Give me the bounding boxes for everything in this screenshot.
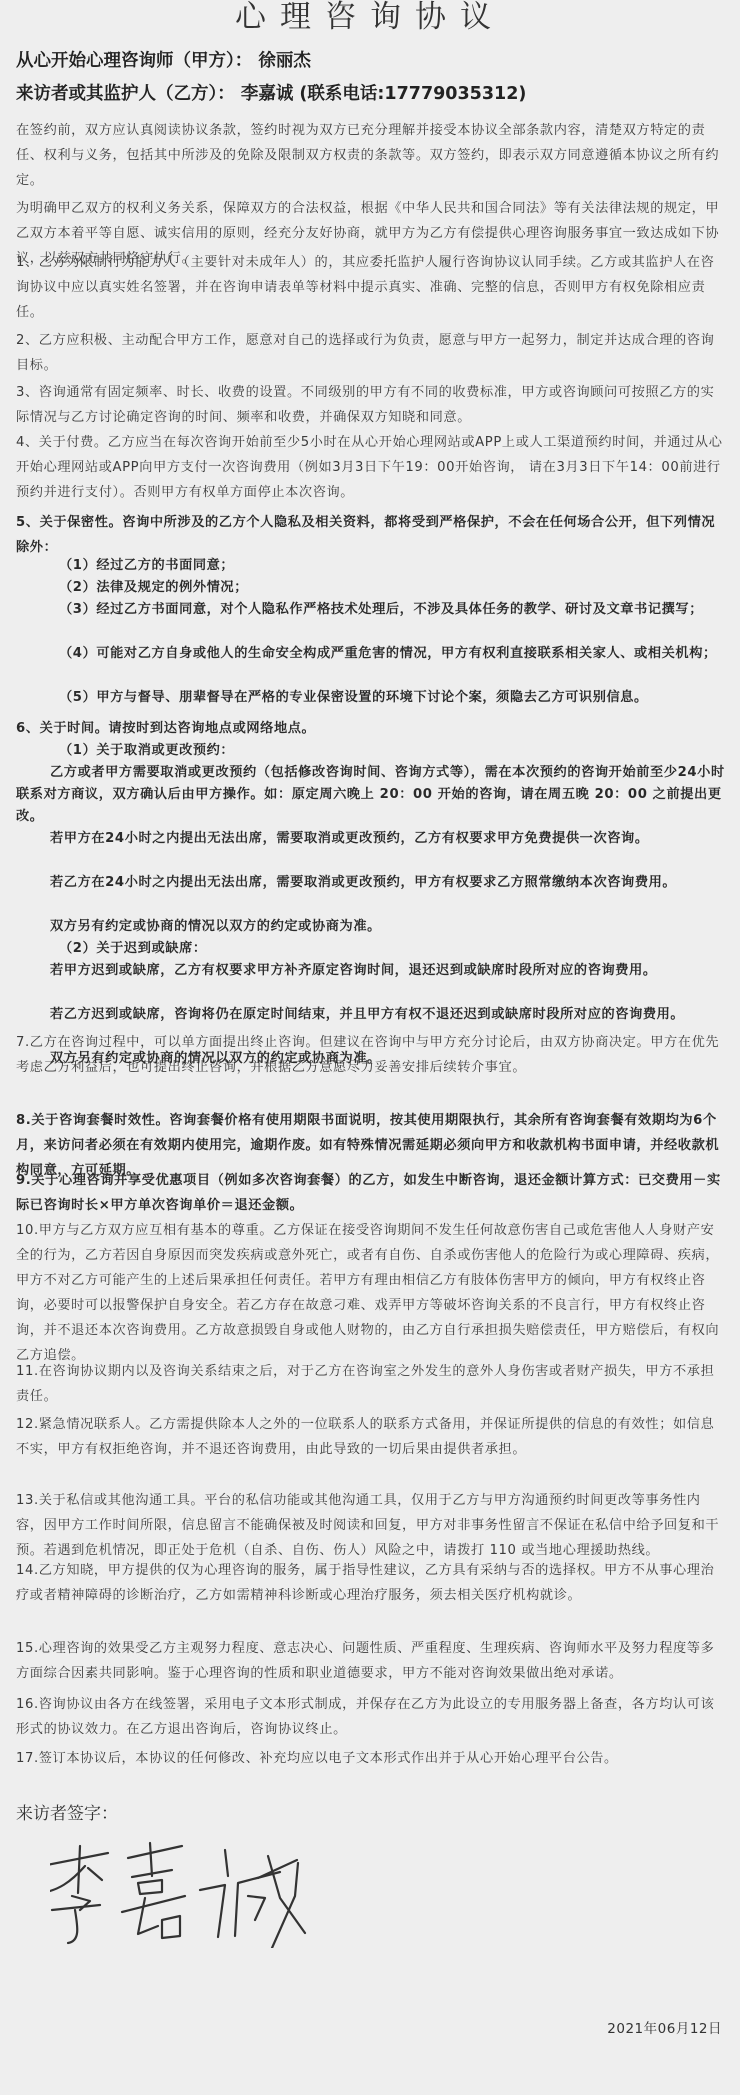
intro-paragraph-1: 在签约前，双方应认真阅读协议条款，签约时视为双方已充分理解并接受本协议全部条款内… <box>16 118 728 193</box>
clause-5-heading: 5、关于保密性。咨询中所涉及的乙方个人隐私及相关资料，都将受到严格保护，不会在任… <box>16 510 728 560</box>
clause-6-sub1-p4: 双方另有约定或协商的情况以双方的约定或协商为准。 <box>16 916 728 938</box>
clause-6-sub2-title: （2）关于迟到或缺席： <box>16 938 728 960</box>
clause-5-item-2: （2）法律及规定的例外情况； <box>16 577 728 599</box>
clause-5-item-3: （3）经过乙方书面同意，对个人隐私作严格技术处理后，不涉及具体任务的教学、研讨及… <box>16 599 728 621</box>
clause-16: 16.咨询协议由各方在线签署，采用电子文本形式制成，并保存在乙方为此设立的专用服… <box>16 1692 728 1742</box>
clause-14: 14.乙方知晓，甲方提供的仅为心理咨询的服务，属于指导性建议，乙方具有采纳与否的… <box>16 1558 728 1608</box>
clause-6-sub1-title: （1）关于取消或更改预约： <box>16 740 728 762</box>
clause-12: 12.紧急情况联系人。乙方需提供除本人之外的一位联系人的联系方式备用，并保证所提… <box>16 1412 728 1462</box>
handwritten-signature <box>50 1838 450 1948</box>
clause-4: 4、关于付费。乙方应当在每次咨询开始前至少5小时在从心开始心理网站或APP上或人… <box>16 430 728 505</box>
clause-17: 17.签订本协议后，本协议的任何修改、补充均应以电子文本形式作出并于从心开始心理… <box>16 1746 728 1771</box>
clause-3: 3、咨询通常有固定频率、时长、收费的设置。不同级别的甲方有不同的收费标准，甲方或… <box>16 380 728 430</box>
clause-6-sub1-p2: 若甲方在24小时之内提出无法出席，需要取消或更改预约，乙方有权要求甲方免费提供一… <box>16 828 728 850</box>
clause-6-sub1-p1: 乙方或者甲方需要取消或更改预约（包括修改咨询时间、咨询方式等），需在本次预约的咨… <box>16 762 728 828</box>
agreement-date: 2021年06月12日 <box>607 2017 722 2037</box>
clause-5-item-4: （4）可能对乙方自身或他人的生命安全构成严重危害的情况，甲方有权利直接联系相关家… <box>16 643 728 665</box>
clause-15: 15.心理咨询的效果受乙方主观努力程度、意志决心、问题性质、严重程度、生理疾病、… <box>16 1636 728 1686</box>
clause-1: 1、乙方为限制行为能力人（主要针对未成年人）的，其应委托监护人履行咨询协议认同手… <box>16 250 728 325</box>
clause-13: 13.关于私信或其他沟通工具。平台的私信功能或其他沟通工具，仅用于乙方与甲方沟通… <box>16 1488 728 1563</box>
clause-2: 2、乙方应积极、主动配合甲方工作，愿意对自己的选择或行为负责，愿意与甲方一起努力… <box>16 328 728 378</box>
clause-6-sub1-p3: 若乙方在24小时之内提出无法出席，需要取消或更改预约，甲方有权要求乙方照常缴纳本… <box>16 872 728 894</box>
page-title: 心理咨询协议 <box>0 0 740 36</box>
signature-label: 来访者签字： <box>16 1799 118 1824</box>
clause-5-item-5: （5）甲方与督导、朋辈督导在严格的专业保密设置的环境下讨论个案，须隐去乙方可识别… <box>16 687 728 709</box>
party-b: 来访者或其监护人（乙方）： 李嘉诚 (联系电话:17779035312) <box>16 82 526 106</box>
clause-6-heading: 6、关于时间。请按时到达咨询地点或网络地点。 <box>16 718 728 740</box>
clause-7: 7.乙方在咨询过程中，可以单方面提出终止咨询。但建议在咨询中与甲方充分讨论后，由… <box>16 1030 728 1080</box>
clause-11: 11.在咨询协议期内以及咨询关系结束之后，对于乙方在咨询室之外发生的意外人身伤害… <box>16 1359 728 1409</box>
agreement-page: 心理咨询协议 从心开始心理咨询师（甲方）： 徐丽杰 来访者或其监护人（乙方）： … <box>0 0 740 2095</box>
clause-5-item-1: （1）经过乙方的书面同意； <box>16 555 728 577</box>
clause-6-sub2-p1: 若甲方迟到或缺席，乙方有权要求甲方补齐原定咨询时间，退还迟到或缺席时段所对应的咨… <box>16 960 728 982</box>
clause-10: 10.甲方与乙方双方应互相有基本的尊重。乙方保证在接受咨询期间不发生任何故意伤害… <box>16 1218 728 1368</box>
party-a: 从心开始心理咨询师（甲方）： 徐丽杰 <box>16 49 311 73</box>
clause-9: 9.关于心理咨询并享受优惠项目（例如多次咨询套餐）的乙方，如发生中断咨询，退还金… <box>16 1168 728 1218</box>
clause-6-sub2-p2: 若乙方迟到或缺席，咨询将仍在原定时间结束，并且甲方有权不退还迟到或缺席时段所对应… <box>16 1004 728 1026</box>
